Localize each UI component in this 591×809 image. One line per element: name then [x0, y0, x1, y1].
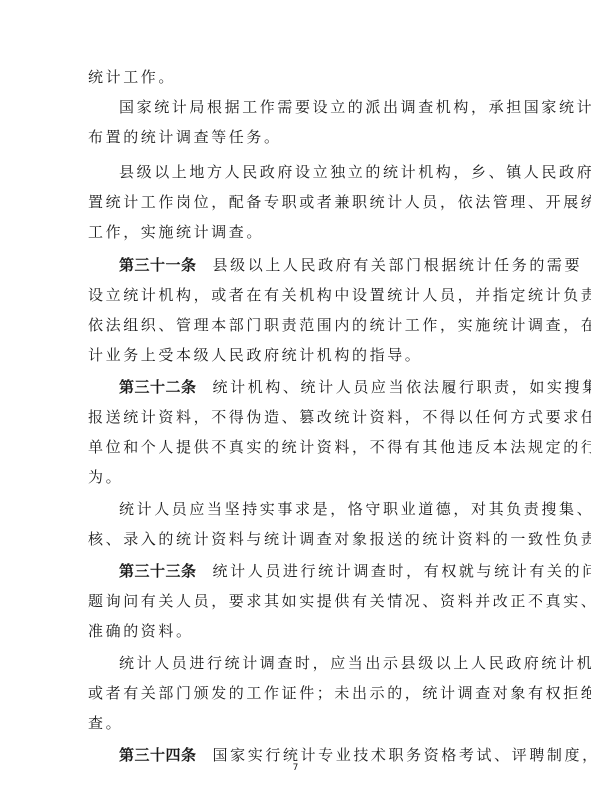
text-line: 设立统计机构，或者在有关机构中设置统计人员，并指定统计负责人， [88, 280, 591, 310]
article-heading: 第三十二条 [119, 378, 197, 396]
article-heading: 第三十三条 [119, 562, 197, 580]
text-line: 县级以上人民政府有关部门根据统计任务的需要 [213, 256, 583, 274]
text-line: 国家统计局根据工作需要设立的派出调查机构，承担国家统计局 [88, 92, 591, 122]
article-heading: 第三十四条 [119, 746, 197, 764]
page-number: 7 [0, 763, 591, 773]
text-line: 统计人员应当坚持实事求是，恪守职业道德，对其负责搜集、审 [88, 494, 591, 524]
text-line: 核、录入的统计资料与统计调查对象报送的统计资料的一致性负责。 [88, 524, 591, 554]
text-line: 计业务上受本级人民政府统计机构的指导。 [88, 340, 422, 370]
text-line: 县级以上地方人民政府设立独立的统计机构，乡、镇人民政府设 [88, 157, 591, 187]
article-33-first-line: 第三十三条统计人员进行统计调查时，有权就与统计有关的问 [88, 556, 591, 586]
text-line: 置统计工作岗位，配备专职或者兼职统计人员，依法管理、开展统计 [88, 187, 591, 217]
text-line: 准确的资料。 [88, 616, 194, 646]
text-line: 国家实行统计专业技术职务资格考试、评聘制度， [213, 746, 591, 764]
text-line: 题询问有关人员，要求其如实提供有关情况、资料并改正不真实、不 [88, 586, 591, 616]
text-line: 依法组织、管理本部门职责范围内的统计工作，实施统计调查，在统 [88, 310, 591, 340]
article-heading: 第三十一条 [119, 256, 197, 274]
text-line: 统计人员进行统计调查时，应当出示县级以上人民政府统计机构 [88, 648, 591, 678]
text-line: 报送统计资料，不得伪造、篡改统计资料，不得以任何方式要求任何 [88, 402, 591, 432]
article-32-first-line: 第三十二条统计机构、统计人员应当依法履行职责，如实搜集、 [88, 372, 591, 402]
text-line: 单位和个人提供不真实的统计资料，不得有其他违反本法规定的行 [88, 432, 591, 462]
text-line: 为。 [88, 462, 123, 492]
text-line: 统计机构、统计人员应当依法履行职责，如实搜集、 [213, 378, 591, 396]
text-line: 统计工作。 [88, 62, 176, 92]
text-line: 工作，实施统计调查。 [88, 217, 264, 247]
text-line: 布置的统计调查等任务。 [88, 122, 282, 152]
article-31-first-line: 第三十一条县级以上人民政府有关部门根据统计任务的需要 [88, 250, 582, 280]
text-line: 统计人员进行统计调查时，有权就与统计有关的问 [213, 562, 591, 580]
text-line: 或者有关部门颁发的工作证件；未出示的，统计调查对象有权拒绝调 [88, 678, 591, 708]
text-line: 查。 [88, 708, 123, 738]
